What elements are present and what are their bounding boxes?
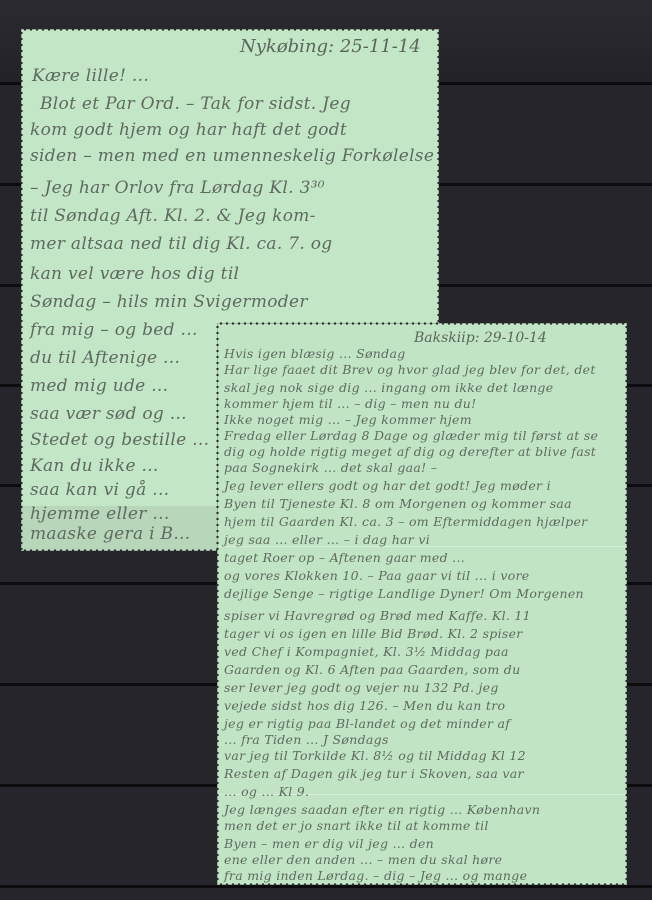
handwritten-line: med mig ude ... bbox=[30, 376, 168, 396]
handwritten-line: siden – men med en umenneskelig Forkølel… bbox=[30, 146, 434, 166]
handwritten-line: Resten af Dagen gik jeg tur i Skoven, sa… bbox=[224, 766, 524, 781]
handwritten-line: Hvis igen blæsig ... Søndag bbox=[224, 346, 406, 361]
handwritten-line: tager vi os igen en lille Bid Brød. Kl. … bbox=[224, 626, 523, 641]
handwritten-line: Har lige faaet dit Brev og hvor glad jeg… bbox=[224, 362, 596, 377]
handwritten-line: Søndag – hils min Svigermoder bbox=[30, 292, 308, 312]
handwritten-line: – Jeg har Orlov fra Lørdag Kl. 3³⁰ bbox=[30, 178, 325, 198]
handwritten-line: paa Sognekirk ... det skal gaa! – bbox=[224, 460, 437, 475]
perforation-left bbox=[216, 324, 219, 884]
handwritten-line: hjemme eller ... bbox=[30, 504, 170, 524]
handwritten-line: kom godt hjem og har haft det godt bbox=[30, 120, 347, 140]
handwritten-line: Blot et Par Ord. – Tak for sidst. Jeg bbox=[40, 94, 351, 114]
handwritten-line: Ikke noget mig ... – Jeg kommer hjem bbox=[224, 412, 472, 427]
handwritten-line: kommer hjem til ... – dig – men nu du! bbox=[224, 396, 476, 411]
handwritten-line: dig og holde rigtig meget af dig og dere… bbox=[224, 444, 596, 459]
handwritten-line: Kan du ikke ... bbox=[30, 456, 159, 476]
handwritten-line: ... fra Tiden ... J Søndags bbox=[224, 732, 389, 747]
letter-date: Bakskiip: 29-10-14 bbox=[414, 330, 547, 346]
handwritten-line: Fredag eller Lørdag 8 Dage og glæder mig… bbox=[224, 428, 598, 443]
handwritten-line: ser lever jeg godt og vejer nu 132 Pd. j… bbox=[224, 680, 499, 695]
perforation-right bbox=[625, 324, 628, 884]
handwritten-line: fra mig inden Lørdag. – dig – Jeg ... og… bbox=[224, 868, 527, 883]
letter-date: Nykøbing: 25-11-14 bbox=[240, 36, 421, 57]
handwritten-line: saa kan vi gå ... bbox=[30, 480, 169, 500]
handwritten-line: ved Chef i Kompagniet, Kl. 3½ Middag paa bbox=[224, 644, 509, 659]
handwritten-line: maaske gera i B... bbox=[30, 524, 190, 544]
handwritten-line: skal jeg nok sige dig ... ingang om ikke… bbox=[224, 380, 553, 395]
handwritten-line: men det er jo snart ikke til at komme ti… bbox=[224, 818, 489, 833]
letter-card-bottom: Bakskiip: 29-10-14 Hvis igen blæsig ... … bbox=[218, 324, 626, 884]
handwritten-line: fra mig – og bed ... bbox=[30, 320, 198, 340]
handwritten-line: hjem til Gaarden Kl. ca. 3 – om Eftermid… bbox=[224, 514, 587, 529]
handwritten-line: Byen til Tjeneste Kl. 8 om Morgenen og k… bbox=[224, 496, 572, 511]
handwritten-line: Jeg lever ellers godt og har det godt! J… bbox=[224, 478, 551, 493]
handwritten-line: mer altsaa ned til dig Kl. ca. 7. og bbox=[30, 234, 332, 254]
handwritten-line: Kære lille! ... bbox=[32, 66, 149, 86]
handwritten-line: kan vel være hos dig til bbox=[30, 264, 239, 284]
handwritten-line: taget Roer op – Aftenen gaar med ... bbox=[224, 550, 465, 565]
handwritten-line: vejede sidst hos dig 126. – Men du kan t… bbox=[224, 698, 505, 713]
handwritten-line: spiser vi Havregrød og Brød med Kaffe. K… bbox=[224, 608, 531, 623]
handwritten-line: du til Aftenige ... bbox=[30, 348, 180, 368]
handwritten-line: saa vær sød og ... bbox=[30, 404, 187, 424]
handwritten-line: ... og ... Kl 9. bbox=[224, 784, 309, 799]
handwritten-line: til Søndag Aft. Kl. 2. & Jeg kom- bbox=[30, 206, 316, 226]
perforation-left bbox=[20, 30, 23, 550]
handwritten-line: var jeg til Torkilde Kl. 8½ og til Midda… bbox=[224, 748, 526, 763]
handwritten-line: jeg er rigtig paa Bl-landet og det minde… bbox=[224, 716, 510, 731]
handwritten-line: Byen – men er dig vil jeg ... den bbox=[224, 836, 434, 851]
handwritten-line: jeg saa ... eller ... – i dag har vi bbox=[224, 532, 430, 547]
handwritten-line: dejlige Senge – rigtige Landlige Dyner! … bbox=[224, 586, 584, 601]
handwritten-line: Stedet og bestille ... bbox=[30, 430, 209, 450]
handwritten-line: Gaarden og Kl. 6 Aften paa Gaarden, som … bbox=[224, 662, 520, 677]
handwritten-line: Jeg længes saadan efter en rigtig ... Kø… bbox=[224, 802, 540, 817]
handwritten-line: ene eller den anden ... – men du skal hø… bbox=[224, 852, 502, 867]
handwritten-line: og vores Klokken 10. – Paa gaar vi til .… bbox=[224, 568, 530, 583]
